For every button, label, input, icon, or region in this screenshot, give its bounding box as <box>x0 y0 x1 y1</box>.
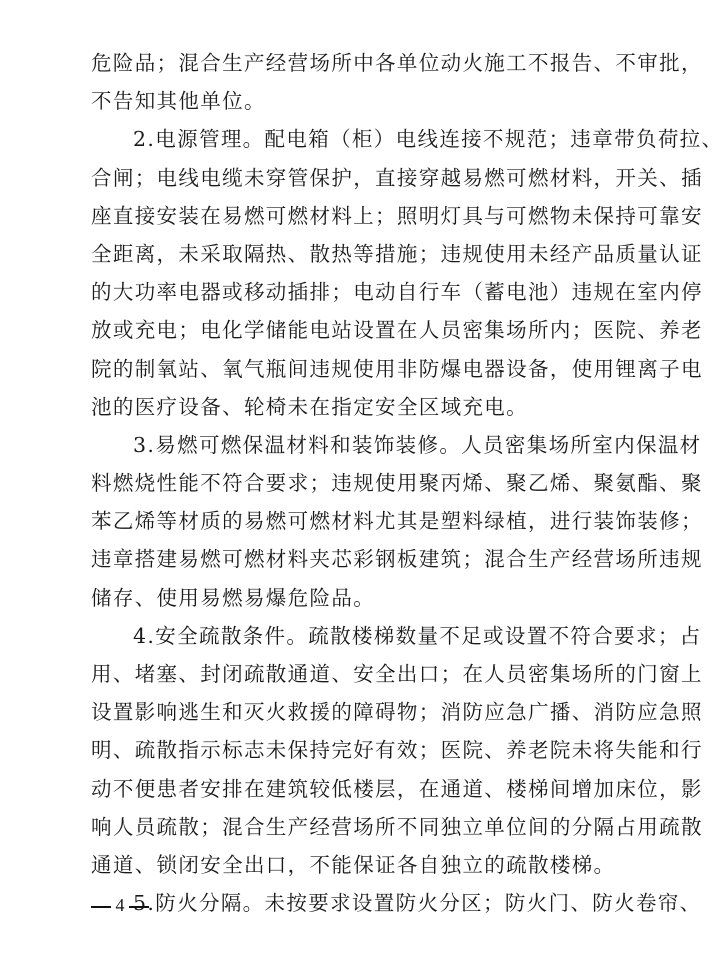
body-text: 人员密集场所室内保温材 <box>461 433 701 457</box>
section-number: 3. <box>133 433 155 457</box>
section-title: 安全疏散条件。 <box>155 624 308 648</box>
body-line: 通道、锁闭安全出口，不能保证各自独立的疏散楼梯。 <box>91 846 619 884</box>
section-5-first-line: 5.防火分隔。未按要求设置防火分区；防火门、防火卷帘、 <box>91 884 619 922</box>
dash-decoration <box>91 906 111 908</box>
body-line: 座直接安装在易燃可燃材料上；照明灯具与可燃物未保持可靠安 <box>91 197 619 235</box>
document-page: 危险品；混合生产经营场所中各单位动火施工不报告、不审批， 不告知其他单位。 2.… <box>0 0 713 955</box>
body-line: 危险品；混合生产经营场所中各单位动火施工不报告、不审批， <box>91 44 619 82</box>
body-line: 料燃烧性能不符合要求；违规使用聚丙烯、聚乙烯、聚氨酯、聚 <box>91 464 619 502</box>
body-line: 响人员疏散；混合生产经营场所不同独立单位间的分隔占用疏散 <box>91 808 619 846</box>
body-line: 动不便患者安排在建筑较低楼层，在通道、楼梯间增加床位，影 <box>91 770 619 808</box>
section-2-first-line: 2.电源管理。配电箱（柜）电线连接不规范；违章带负荷拉、 <box>91 120 619 158</box>
section-number: 2. <box>133 127 155 151</box>
body-line: 设置影响逃生和灭火救援的障碍物；消防应急广播、消防应急照 <box>91 693 619 731</box>
body-line: 池的医疗设备、轮椅未在指定安全区域充电。 <box>91 388 619 426</box>
section-number: 4. <box>133 624 155 648</box>
body-line: 用、堵塞、封闭疏散通道、安全出口；在人员密集场所的门窗上 <box>91 655 619 693</box>
document-body: 危险品；混合生产经营场所中各单位动火施工不报告、不审批， 不告知其他单位。 2.… <box>91 44 619 922</box>
body-line: 放或充电；电化学储能电站设置在人员密集场所内；医院、养老 <box>91 311 619 349</box>
body-text: 疏散楼梯数量不足或设置不符合要求；占 <box>308 624 701 648</box>
body-line: 苯乙烯等材质的易燃可燃材料尤其是塑料绿植，进行装饰装修； <box>91 502 619 540</box>
body-text: 未按要求设置防火分区；防火门、防火卷帘、 <box>265 891 702 915</box>
body-line: 不告知其他单位。 <box>91 82 619 120</box>
section-4-first-line: 4.安全疏散条件。疏散楼梯数量不足或设置不符合要求；占 <box>91 617 619 655</box>
body-line: 的大功率电器或移动插排；电动自行车（蓄电池）违规在室内停 <box>91 273 619 311</box>
body-line: 院的制氧站、氧气瓶间违规使用非防爆电器设备，使用锂离子电 <box>91 350 619 388</box>
body-text: 配电箱（柜）电线连接不规范；违章带负荷拉、 <box>265 127 713 151</box>
body-line: 合闸；电线电缆未穿管保护，直接穿越易燃可燃材料，开关、插 <box>91 159 619 197</box>
section-title: 防火分隔。 <box>155 891 264 915</box>
section-title: 易燃可燃保温材料和装饰装修。 <box>155 433 461 457</box>
body-line: 全距离，未采取隔热、散热等措施；违规使用未经产品质量认证 <box>91 235 619 273</box>
body-line: 明、疏散指示标志未保持完好有效；医院、养老院未将失能和行 <box>91 731 619 769</box>
page-number-footer: 4 <box>91 895 149 916</box>
page-number: 4 <box>116 895 125 915</box>
body-line: 违章搭建易燃可燃材料夹芯彩钢板建筑；混合生产经营场所违规 <box>91 540 619 578</box>
body-line: 储存、使用易燃易爆危险品。 <box>91 579 619 617</box>
dash-decoration <box>129 906 149 908</box>
section-title: 电源管理。 <box>155 127 264 151</box>
section-3-first-line: 3.易燃可燃保温材料和装饰装修。人员密集场所室内保温材 <box>91 426 619 464</box>
